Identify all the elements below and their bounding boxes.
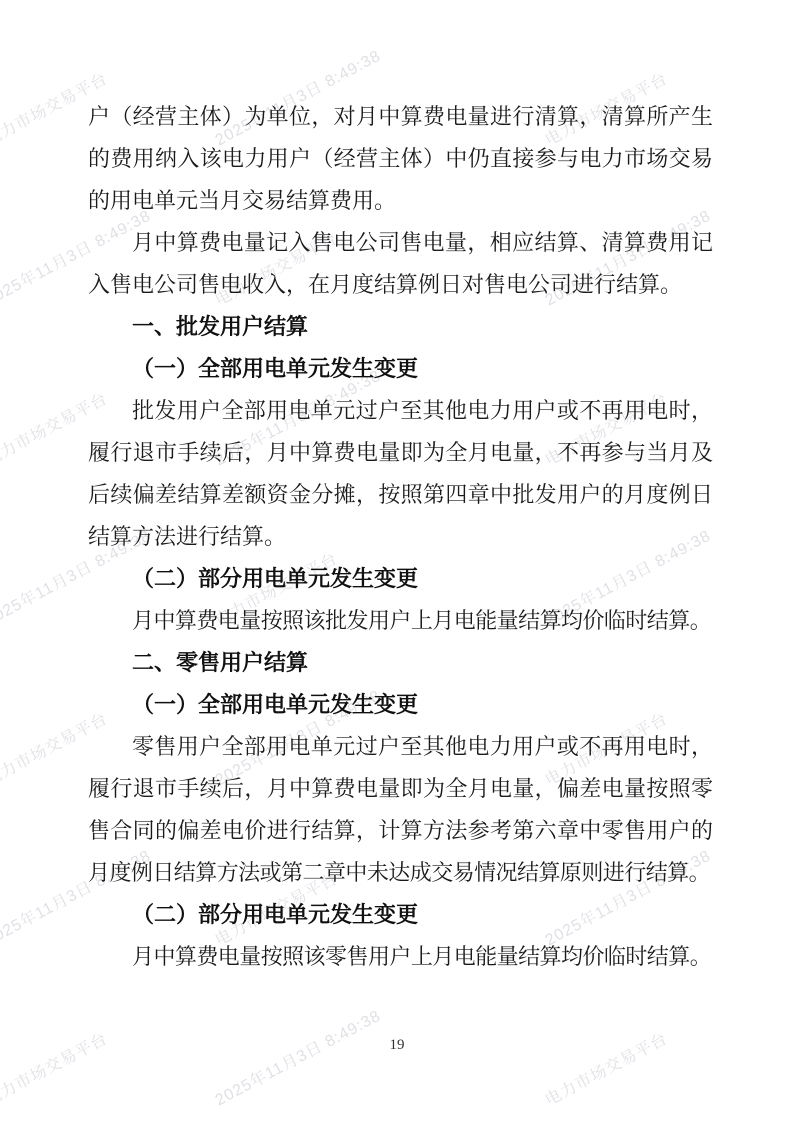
- text-line: 入售电公司售电收入，在月度结算例日对售电公司进行结算。: [88, 264, 713, 306]
- text-line: 月度例日结算方法或第二章中未达成交易情况结算原则进行结算。: [88, 852, 713, 894]
- heading-line: （二）部分用电单元发生变更: [88, 894, 713, 936]
- text-line: 售合同的偏差电价进行结算，计算方法参考第六章中零售用户的: [88, 810, 713, 852]
- text-line: 的用电单元当月交易结算费用。: [88, 180, 713, 222]
- text-line: 履行退市手续后，月中算费电量即为全月电量，偏差电量按照零: [88, 768, 713, 810]
- heading-line: （一）全部用电单元发生变更: [88, 684, 713, 726]
- text-line: 户（经营主体）为单位，对月中算费电量进行清算，清算所产生: [88, 96, 713, 138]
- text-line: 批发用户全部用电单元过户至其他电力用户或不再用电时，: [88, 390, 713, 432]
- heading-line: 一、批发用户结算: [88, 306, 713, 348]
- heading-line: （一）全部用电单元发生变更: [88, 348, 713, 390]
- text-line: 月中算费电量按照该批发用户上月电能量结算均价临时结算。: [88, 600, 713, 642]
- watermark-text: 2025年11月3日 8:49:38: [212, 1006, 386, 1112]
- document-page: 电力市场交易平台2025年11月3日 8:49:38电力市场交易平台2025年1…: [0, 0, 794, 1123]
- heading-line: （二）部分用电单元发生变更: [88, 558, 713, 600]
- text-line: 后续偏差结算差额资金分摊，按照第四章中批发用户的月度例日: [88, 474, 713, 516]
- text-line: 月中算费电量记入售电公司售电量，相应结算、清算费用记: [88, 222, 713, 264]
- text-line: 结算方法进行结算。: [88, 516, 713, 558]
- text-line: 零售用户全部用电单元过户至其他电力用户或不再用电时，: [88, 726, 713, 768]
- text-line: 的费用纳入该电力用户（经营主体）中仍直接参与电力市场交易: [88, 138, 713, 180]
- text-line: 月中算费电量按照该零售用户上月电能量结算均价临时结算。: [88, 936, 713, 978]
- heading-line: 二、零售用户结算: [88, 642, 713, 684]
- document-body: 户（经营主体）为单位，对月中算费电量进行清算，清算所产生 的费用纳入该电力用户（…: [88, 96, 713, 978]
- text-line: 履行退市手续后，月中算费电量即为全月电量，不再参与当月及: [88, 432, 713, 474]
- page-number: 19: [0, 1037, 794, 1054]
